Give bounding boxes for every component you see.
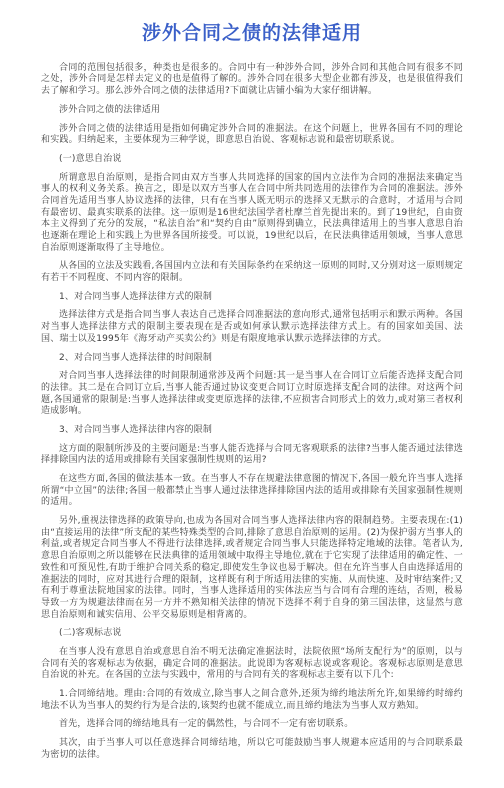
paragraph: 这方面的限制所涉及的主要问题是:当事人能否选择与合同无客观联系的法律?当事人能否… — [41, 444, 463, 467]
paragraph: 对合同当事人选择法律的时间限制通常涉及两个问题:其一是当事人在合同订立后能否选择… — [41, 371, 463, 418]
paragraph: 其次，由于当事人可以任意选择合同缔结地，所以它可能鼓励当事人规避本应适用的与合同… — [41, 738, 463, 761]
article-body: 合同的范围包括很多，种类也是很多的。合同中有一种涉外合同，涉外合同和其他合同有很… — [41, 63, 463, 762]
paragraph: 首先，选择合同的缔结地具有一定的偶然性，与合同不一定有密切联系。 — [41, 719, 463, 731]
page-title: 涉外合同之债的法律适用 — [41, 22, 463, 45]
paragraph: 在这些方面,各国的做法基本一致。在当事人不存在规避法律意图的情况下,各国一般允许… — [41, 474, 463, 509]
paragraph: 从各国的立法及实践看,各国国内立法和有关国际条约在采纳这一原则的同时,又分别对这… — [41, 261, 463, 284]
paragraph: 涉外合同之债的法律适用是指如何确定涉外合同的准据法。在这个问题上，世界各国有不同… — [41, 124, 463, 147]
list-heading: 1、对合同当事人选择法律方式的限制 — [41, 292, 463, 304]
paragraph: 在当事人没有意思自治或意思自治不明无法确定准据法时，法院依照“场所支配行为”的原… — [41, 647, 463, 682]
list-heading: 2、对合同当事人选择法律的时间限制 — [41, 353, 463, 365]
paragraph: 另外,重视法律选择的政策导向,也成为各国对合同当事人选择法律内容的限制趋势。主要… — [41, 516, 463, 621]
section-heading: (一)意思自治说 — [41, 154, 463, 166]
article-page: 涉外合同之债的法律适用 合同的范围包括很多，种类也是很多的。合同中有一种涉外合同… — [0, 0, 504, 788]
article-subtitle: 涉外合同之债的法律适用 — [41, 105, 463, 117]
paragraph: 选择法律方式是指合同当事人表达自己选择合同准据法的意向形式,通常包括明示和默示两… — [41, 310, 463, 345]
section-heading: (二)客观标志说 — [41, 628, 463, 640]
paragraph: 1.合同缔结地。理由:合同的有效成立,除当事人之间合意外,还须为缔约地法所允许,… — [41, 689, 463, 712]
intro-paragraph: 合同的范围包括很多，种类也是很多的。合同中有一种涉外合同，涉外合同和其他合同有很… — [41, 63, 463, 98]
list-heading: 3、对合同当事人选择法律内容的限制 — [41, 425, 463, 437]
paragraph: 所谓意思自治原则，是指合同由双方当事人共同选择的国家的国内立法作为合同的准据法来… — [41, 173, 463, 255]
